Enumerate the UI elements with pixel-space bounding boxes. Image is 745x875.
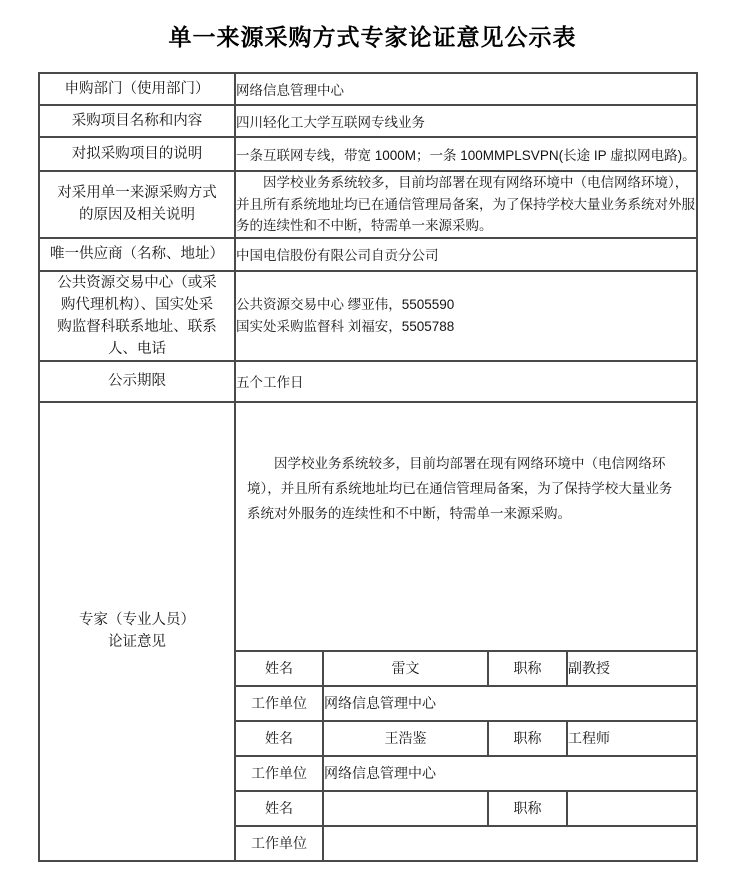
expert-3-name <box>323 791 488 826</box>
row-contact-info: 公共资源交易中心（或采 购代理机构）、国实处采 购监督科联系地址、联系 人、电话… <box>39 271 697 361</box>
row-project-description: 对拟采购项目的说明 一条互联网专线，带宽 1000M；一条 100MMPLSVP… <box>39 137 697 171</box>
sole-supplier-label: 唯一供应商（名称、地址） <box>39 238 235 271</box>
expert-1-name-row: 姓名 雷文 职称 副教授 <box>236 651 698 686</box>
contact-line-trade-center: 公共资源交易中心 缪亚伟，5505590 <box>236 294 696 316</box>
expert-3-unit-row: 工作单位 <box>236 826 698 860</box>
single-source-reason-cell: 因学校业务系统较多，目前均部署在现有网络环境中（电信网络环境），并且所有系统地址… <box>235 171 697 238</box>
applicant-department-label: 申购部门（使用部门） <box>39 73 235 105</box>
page-title: 单一来源采购方式专家论证意见公示表 <box>0 0 745 52</box>
expert-1-title: 副教授 <box>567 651 698 686</box>
row-publicity-period: 公示期限 五个工作日 <box>39 361 697 402</box>
single-source-reason-paragraph: 因学校业务系统较多，目前均部署在现有网络环境中（电信网络环境），并且所有系统地址… <box>236 172 696 237</box>
unit-field-label: 工作单位 <box>236 826 323 860</box>
sole-supplier-value: 中国电信股份有限公司自贡分公司 <box>235 238 697 271</box>
project-description-value: 一条互联网专线，带宽 1000M；一条 100MMPLSVPN(长途 IP 虚拟… <box>235 137 697 171</box>
name-field-label: 姓名 <box>236 651 323 686</box>
expert-1-unit-row: 工作单位 网络信息管理中心 <box>236 686 698 721</box>
expert-2-name: 王浩鉴 <box>323 721 488 756</box>
name-field-label: 姓名 <box>236 791 323 826</box>
expert-section-cell: 因学校业务系统较多，目前均部署在现有网络环境中（电信网络环境），并且所有系统地址… <box>235 402 697 861</box>
project-name-value: 四川轻化工大学互联网专线业务 <box>235 105 697 137</box>
unit-field-label: 工作单位 <box>236 756 323 791</box>
expert-2-unit: 网络信息管理中心 <box>323 756 698 791</box>
title-field-label: 职称 <box>488 651 567 686</box>
document-page: 单一来源采购方式专家论证意见公示表 申购部门（使用部门） 网络信息管理中心 采购… <box>0 0 745 875</box>
contact-line-supervision: 国实处采购监督科 刘福安，5505788 <box>236 316 696 338</box>
project-description-label: 对拟采购项目的说明 <box>39 137 235 171</box>
expert-1-unit: 网络信息管理中心 <box>323 686 698 721</box>
contact-info-label: 公共资源交易中心（或采 购代理机构）、国实处采 购监督科联系地址、联系 人、电话 <box>39 271 235 361</box>
procurement-table: 申购部门（使用部门） 网络信息管理中心 采购项目名称和内容 四川轻化工大学互联网… <box>38 72 698 862</box>
row-single-source-reason: 对采用单一来源采购方式 的原因及相关说明 因学校业务系统较多，目前均部署在现有网… <box>39 171 697 238</box>
publicity-period-value: 五个工作日 <box>235 361 697 402</box>
expert-3-unit <box>323 826 698 860</box>
project-name-label: 采购项目名称和内容 <box>39 105 235 137</box>
expert-opinion-text: 因学校业务系统较多，目前均部署在现有网络环境中（电信网络环境），并且所有系统地址… <box>236 403 696 650</box>
publicity-period-label: 公示期限 <box>39 361 235 402</box>
experts-table: 姓名 雷文 职称 副教授 工作单位 网络信息管理中心 姓名 <box>236 650 698 860</box>
contact-info-cell: 公共资源交易中心 缪亚伟，5505590 国实处采购监督科 刘福安，550578… <box>235 271 697 361</box>
expert-2-title: 工程师 <box>567 721 698 756</box>
expert-3-name-row: 姓名 职称 <box>236 791 698 826</box>
row-sole-supplier: 唯一供应商（名称、地址） 中国电信股份有限公司自贡分公司 <box>39 238 697 271</box>
expert-2-unit-row: 工作单位 网络信息管理中心 <box>236 756 698 791</box>
name-field-label: 姓名 <box>236 721 323 756</box>
single-source-reason-label: 对采用单一来源采购方式 的原因及相关说明 <box>39 171 235 238</box>
unit-field-label: 工作单位 <box>236 686 323 721</box>
expert-section-label: 专家（专业人员） 论证意见 <box>39 402 235 861</box>
expert-1-name: 雷文 <box>323 651 488 686</box>
expert-3-title <box>567 791 698 826</box>
title-field-label: 职称 <box>488 721 567 756</box>
row-expert-opinion: 专家（专业人员） 论证意见 因学校业务系统较多，目前均部署在现有网络环境中（电信… <box>39 402 697 861</box>
title-field-label: 职称 <box>488 791 567 826</box>
row-project-name: 采购项目名称和内容 四川轻化工大学互联网专线业务 <box>39 105 697 137</box>
row-applicant-department: 申购部门（使用部门） 网络信息管理中心 <box>39 73 697 105</box>
applicant-department-value: 网络信息管理中心 <box>235 73 697 105</box>
expert-2-name-row: 姓名 王浩鉴 职称 工程师 <box>236 721 698 756</box>
